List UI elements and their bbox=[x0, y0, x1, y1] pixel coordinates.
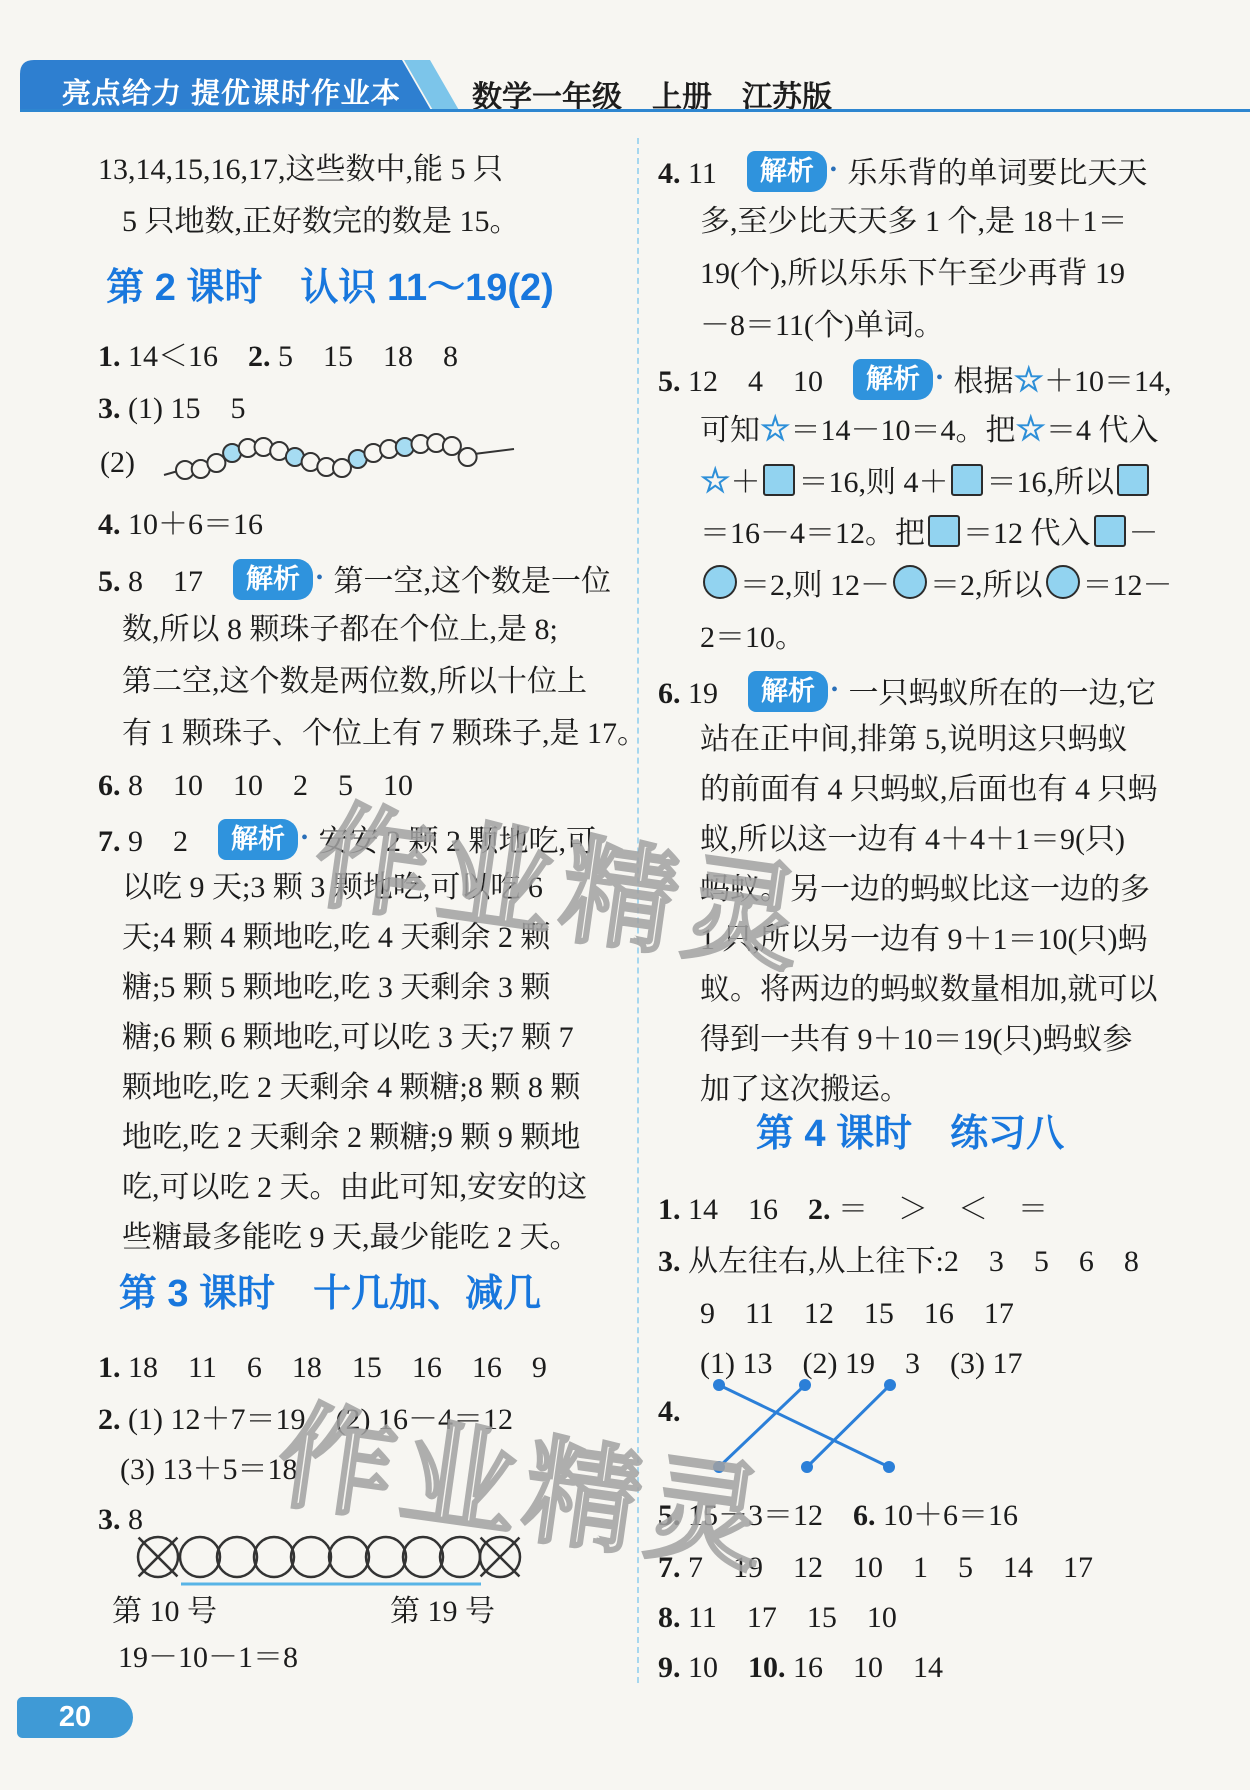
answer-text: 有 1 颗珠子、个位上有 7 颗珠子,是 17。 bbox=[122, 717, 647, 750]
answer-text: 根据 bbox=[946, 365, 1014, 398]
answer-text: 些糖最多能吃 9 天,最少能吃 2 天。 bbox=[122, 1221, 580, 1254]
answer-line: ＝2,则 12－＝2,所以＝12－ bbox=[700, 564, 1173, 608]
answer-text: 19 bbox=[681, 677, 749, 710]
answer-text: ＝12－ bbox=[1083, 569, 1173, 602]
answer-text: 1 只,所以另一边有 9＋1＝10(只)蚂 bbox=[700, 923, 1147, 956]
answer-line: 得到一共有 9＋10＝19(只)蚂蚁参 bbox=[700, 1018, 1132, 1062]
item-number: 1. bbox=[98, 1351, 121, 1384]
answer-line: 5 只地数,正好数完的数是 15。 bbox=[122, 200, 520, 244]
answer-line: 9. 10 10. 16 10 14 bbox=[658, 1646, 943, 1690]
answer-text: － bbox=[1129, 517, 1159, 550]
item-number: 3. bbox=[658, 1245, 681, 1278]
item-number: 1. bbox=[98, 340, 121, 373]
star-symbol: ☆ bbox=[700, 463, 730, 500]
answer-line: 7. 7 19 12 10 1 5 14 17 bbox=[658, 1546, 1093, 1590]
answer-line: 数,所以 8 颗珠子都在个位上,是 8; bbox=[122, 608, 558, 652]
item-number: 2. bbox=[808, 1193, 831, 1226]
item-number: 5. bbox=[658, 1499, 681, 1532]
item-number: 1. bbox=[658, 1193, 681, 1226]
item-number: 7. bbox=[98, 825, 121, 858]
answer-text: ＝14－10＝4。把 bbox=[790, 414, 1015, 447]
answer-line: (2) bbox=[100, 441, 135, 485]
answer-line: 1. 14 16 2. ＝ ＞ ＜ ＝ bbox=[658, 1188, 1048, 1232]
answer-line: 1. 18 11 6 18 15 16 16 9 bbox=[98, 1346, 547, 1390]
answer-text: 的前面有 4 只蚂蚁,后面也有 4 只蚂 bbox=[700, 773, 1158, 806]
answer-text: 15－3＝12 bbox=[681, 1499, 854, 1532]
answer-line: 9 11 12 15 16 17 bbox=[700, 1292, 1014, 1336]
item-number: 3. bbox=[98, 392, 121, 425]
answer-line: 些糖最多能吃 9 天,最少能吃 2 天。 bbox=[122, 1216, 580, 1260]
analysis-badge: 解析 bbox=[218, 819, 298, 860]
item-number: 2. bbox=[248, 340, 271, 373]
answer-line: 吃,可以吃 2 天。由此可知,安安的这 bbox=[122, 1166, 587, 1210]
answer-text: 站在正中间,排第 5,说明这只蚂蚁 bbox=[700, 723, 1128, 756]
answer-line: 19－10－1＝8 bbox=[118, 1636, 298, 1680]
item-number: 4. bbox=[658, 1395, 681, 1428]
circle-symbol bbox=[703, 565, 737, 599]
answer-line: 19(个),所以乐乐下午至少再背 19 bbox=[700, 252, 1125, 296]
answer-text: 7 19 12 10 1 5 14 17 bbox=[681, 1551, 1094, 1584]
answer-line: 蚂蚁。另一边的蚂蚁比这一边的多 bbox=[700, 868, 1150, 912]
answer-line: 地吃,吃 2 天剩余 2 颗糖;9 颗 9 颗地 bbox=[122, 1116, 580, 1160]
answer-line: 5. 12 4 10 解析• 根据☆＋10＝14, bbox=[658, 356, 1172, 404]
answer-line: 5. 8 17 解析• 第一空,这个数是一位 bbox=[98, 556, 611, 604]
answer-text: 一只蚂蚁所在的一边,它 bbox=[841, 677, 1156, 710]
answer-text: －8＝11(个)单词。 bbox=[700, 309, 944, 342]
section-heading: 第 4 课时 练习八 bbox=[660, 1108, 1160, 1160]
circle-symbol bbox=[893, 565, 927, 599]
answer-line: ☆＋＝16,则 4＋＝16,所以 bbox=[700, 460, 1152, 505]
answer-text: ＝4 代入 bbox=[1046, 414, 1159, 447]
answer-line: 1. 14＜16 2. 5 15 18 8 bbox=[98, 335, 458, 379]
answer-text: 糖;6 颗 6 颗地吃,可以吃 3 天;7 颗 7 bbox=[122, 1021, 574, 1054]
answer-line: 7. 9 2 解析• 安安 2 颗 2 颗地吃,可 bbox=[98, 816, 596, 864]
square-symbol bbox=[763, 464, 795, 496]
item-number: 10. bbox=[748, 1651, 786, 1684]
answer-text: 颗地吃,吃 2 天剩余 4 颗糖;8 颗 8 颗 bbox=[122, 1071, 580, 1104]
answer-line: 6. 19 解析• 一只蚂蚁所在的一边,它 bbox=[658, 668, 1156, 716]
answer-line: 3. (1) 15 5 bbox=[98, 387, 245, 431]
answer-text: 11 bbox=[681, 157, 747, 190]
answer-text: 5 只地数,正好数完的数是 15。 bbox=[122, 205, 520, 238]
item-number: 7. bbox=[658, 1551, 681, 1584]
answer-text: ＝12 代入 bbox=[963, 517, 1091, 550]
bead-chain-figure bbox=[150, 428, 530, 490]
analysis-badge-dot: • bbox=[936, 367, 943, 389]
answer-text: 数,所以 8 颗珠子都在个位上,是 8; bbox=[122, 613, 558, 646]
item-number: 4. bbox=[98, 508, 121, 541]
answer-text: 16 10 14 bbox=[786, 1651, 944, 1684]
answer-text: ＝2,所以 bbox=[930, 569, 1043, 602]
answer-text: ＝16,则 4＋ bbox=[798, 466, 948, 499]
answer-text: 8 17 bbox=[121, 565, 234, 598]
answer-text: 多,至少比天天多 1 个,是 18＋1＝ bbox=[700, 205, 1128, 238]
matching-lines-figure bbox=[700, 1372, 920, 1482]
analysis-badge-dot: • bbox=[830, 159, 837, 181]
answer-text: (2) bbox=[100, 446, 135, 479]
answer-line: 加了这次搬运。 bbox=[700, 1068, 910, 1112]
analysis-badge-dot: • bbox=[301, 827, 308, 849]
analysis-badge-dot: • bbox=[316, 567, 323, 589]
analysis-badge: 解析 bbox=[747, 151, 827, 192]
column-divider bbox=[637, 138, 639, 1683]
answer-text: (1) 15 5 bbox=[121, 392, 246, 425]
answer-line: 颗地吃,吃 2 天剩余 4 颗糖;8 颗 8 颗 bbox=[122, 1066, 580, 1110]
answer-line: (3) 13＋5＝18 bbox=[120, 1448, 297, 1492]
answer-text: 10 bbox=[681, 1651, 749, 1684]
item-number: 9. bbox=[658, 1651, 681, 1684]
section-heading: 第 3 课时 十几加、减几 bbox=[95, 1268, 565, 1320]
answer-line: 4. 10＋6＝16 bbox=[98, 503, 263, 547]
answer-line: 4. 11 解析• 乐乐背的单词要比天天 bbox=[658, 148, 1147, 196]
answer-text: 第二空,这个数是两位数,所以十位上 bbox=[122, 665, 587, 698]
answer-text: 从左往右,从上往下:2 3 5 6 8 bbox=[681, 1245, 1139, 1278]
answer-line: 多,至少比天天多 1 个,是 18＋1＝ bbox=[700, 200, 1128, 244]
queue-circles-figure bbox=[130, 1530, 530, 1592]
section-heading: 第 2 课时 认识 11～19(2) bbox=[95, 262, 565, 314]
answer-text: 得到一共有 9＋10＝19(只)蚂蚁参 bbox=[700, 1023, 1132, 1056]
answer-text: 吃,可以吃 2 天。由此可知,安安的这 bbox=[122, 1171, 587, 1204]
answer-text: 加了这次搬运。 bbox=[700, 1073, 910, 1106]
analysis-badge: 解析 bbox=[233, 559, 313, 600]
item-number: 6. bbox=[658, 677, 681, 710]
brand-title: 亮点给力 提优课时作业本 bbox=[61, 71, 402, 112]
star-symbol: ☆ bbox=[1015, 411, 1045, 448]
answer-line: 第 19 号 bbox=[390, 1590, 495, 1634]
answer-text: 乐乐背的单词要比天天 bbox=[840, 157, 1148, 190]
answer-line: 13,14,15,16,17,这些数中,能 5 只 bbox=[98, 148, 503, 192]
answer-text: 地吃,吃 2 天剩余 2 颗糖;9 颗 9 颗地 bbox=[122, 1121, 580, 1154]
answer-line: ＝16－4＝12。把＝12 代入－ bbox=[700, 512, 1159, 556]
answer-text: (3) 13＋5＝18 bbox=[120, 1453, 297, 1486]
answer-line: 蚁,所以这一边有 4＋4＋1＝9(只) bbox=[700, 818, 1125, 862]
answer-line: 糖;5 颗 5 颗地吃,吃 3 天剩余 3 颗 bbox=[122, 966, 550, 1010]
item-number: 3. bbox=[98, 1503, 121, 1536]
analysis-badge-dot: • bbox=[831, 679, 838, 701]
answer-text: ＝2,则 12－ bbox=[740, 569, 890, 602]
square-symbol bbox=[1094, 515, 1126, 547]
analysis-badge: 解析 bbox=[853, 359, 933, 400]
item-number: 4. bbox=[658, 157, 681, 190]
star-symbol: ☆ bbox=[1014, 362, 1044, 399]
answer-text: 第一空,这个数是一位 bbox=[326, 565, 611, 598]
answer-line: 5. 15－3＝12 6. 10＋6＝16 bbox=[658, 1494, 1018, 1538]
header-rule bbox=[20, 109, 1250, 112]
answer-text: 9 11 12 15 16 17 bbox=[700, 1297, 1014, 1330]
circle-symbol bbox=[1046, 565, 1080, 599]
answer-line: 8. 11 17 15 10 bbox=[658, 1596, 897, 1640]
answer-line: －8＝11(个)单词。 bbox=[700, 304, 944, 348]
answer-text: 9 2 bbox=[121, 825, 219, 858]
workbook-answer-page: 亮点给力 提优课时作业本 数学一年级 上册 江苏版 13,14,15,16,17… bbox=[0, 0, 1250, 1790]
answer-text: ＝16,所以 bbox=[986, 466, 1114, 499]
answer-text: ＋10＝14, bbox=[1044, 365, 1172, 398]
answer-text: 13,14,15,16,17,这些数中,能 5 只 bbox=[98, 153, 503, 186]
answer-line: 2＝10。 bbox=[700, 616, 805, 660]
answer-text: 2＝10。 bbox=[700, 621, 805, 654]
answer-text: 蚂蚁。另一边的蚂蚁比这一边的多 bbox=[700, 873, 1150, 906]
answer-text: 19(个),所以乐乐下午至少再背 19 bbox=[700, 257, 1125, 290]
answer-text: 以吃 9 天;3 颗 3 颗地吃,可以吃 6 bbox=[122, 871, 543, 904]
answer-text: 第 19 号 bbox=[390, 1595, 495, 1628]
answer-text: 第 10 号 bbox=[112, 1595, 217, 1628]
star-symbol: ☆ bbox=[760, 411, 790, 448]
square-symbol bbox=[951, 464, 983, 496]
answer-text: 19－10－1＝8 bbox=[118, 1641, 298, 1674]
answer-line: 第 10 号 bbox=[112, 1590, 217, 1634]
answer-text: 蚁。将两边的蚂蚁数量相加,就可以 bbox=[700, 973, 1158, 1006]
answer-line: 1 只,所以另一边有 9＋1＝10(只)蚂 bbox=[700, 918, 1147, 962]
answer-line: 糖;6 颗 6 颗地吃,可以吃 3 天;7 颗 7 bbox=[122, 1016, 574, 1060]
answer-text: 14 16 bbox=[681, 1193, 809, 1226]
answer-line: 站在正中间,排第 5,说明这只蚂蚁 bbox=[700, 718, 1128, 762]
answer-line: 4. bbox=[658, 1390, 681, 1434]
answer-text: 8 10 10 2 5 10 bbox=[121, 769, 414, 802]
answer-text: ＋ bbox=[730, 466, 760, 499]
answer-text: 14＜16 bbox=[121, 340, 249, 373]
answer-text: 18 11 6 18 15 16 16 9 bbox=[121, 1351, 547, 1384]
answer-line: 蚁。将两边的蚂蚁数量相加,就可以 bbox=[700, 968, 1158, 1012]
answer-text: 5 15 18 8 bbox=[271, 340, 459, 373]
answer-text: 可知 bbox=[700, 414, 760, 447]
answer-text: 10＋6＝16 bbox=[121, 508, 264, 541]
answer-line: 第二空,这个数是两位数,所以十位上 bbox=[122, 660, 587, 704]
answer-text: 糖;5 颗 5 颗地吃,吃 3 天剩余 3 颗 bbox=[122, 971, 550, 1004]
answer-line: 6. 8 10 10 2 5 10 bbox=[98, 764, 413, 808]
answer-line: 以吃 9 天;3 颗 3 颗地吃,可以吃 6 bbox=[122, 866, 543, 910]
answer-text: 蚁,所以这一边有 4＋4＋1＝9(只) bbox=[700, 823, 1125, 856]
item-number: 5. bbox=[98, 565, 121, 598]
answer-text: ＝ ＞ ＜ ＝ bbox=[831, 1193, 1049, 1226]
answer-text: (1) 12＋7＝19 (2) 16－4＝12 bbox=[121, 1403, 513, 1436]
answer-text: 安安 2 颗 2 颗地吃,可 bbox=[311, 825, 596, 858]
page-number-badge: 20 bbox=[17, 1697, 133, 1738]
item-number: 6. bbox=[98, 769, 121, 802]
item-number: 2. bbox=[98, 1403, 121, 1436]
square-symbol bbox=[1117, 464, 1149, 496]
item-number: 5. bbox=[658, 365, 681, 398]
answer-text: 天;4 颗 4 颗地吃,吃 4 天剩余 2 颗 bbox=[122, 921, 550, 954]
answer-line: 可知☆＝14－10＝4。把☆＝4 代入 bbox=[700, 408, 1158, 453]
answer-text: 10＋6＝16 bbox=[876, 1499, 1019, 1532]
answer-line: 有 1 颗珠子、个位上有 7 颗珠子,是 17。 bbox=[122, 712, 647, 756]
answer-line: 的前面有 4 只蚂蚁,后面也有 4 只蚂 bbox=[700, 768, 1158, 812]
answer-line: 2. (1) 12＋7＝19 (2) 16－4＝12 bbox=[98, 1398, 513, 1442]
square-symbol bbox=[928, 515, 960, 547]
answer-line: 天;4 颗 4 颗地吃,吃 4 天剩余 2 颗 bbox=[122, 916, 550, 960]
analysis-badge: 解析 bbox=[748, 671, 828, 712]
item-number: 8. bbox=[658, 1601, 681, 1634]
answer-text: 12 4 10 bbox=[681, 365, 854, 398]
answer-text: ＝16－4＝12。把 bbox=[700, 517, 925, 550]
answer-line: 3. 从左往右,从上往下:2 3 5 6 8 bbox=[658, 1240, 1139, 1284]
answer-text: 11 17 15 10 bbox=[681, 1601, 897, 1634]
item-number: 6. bbox=[853, 1499, 876, 1532]
